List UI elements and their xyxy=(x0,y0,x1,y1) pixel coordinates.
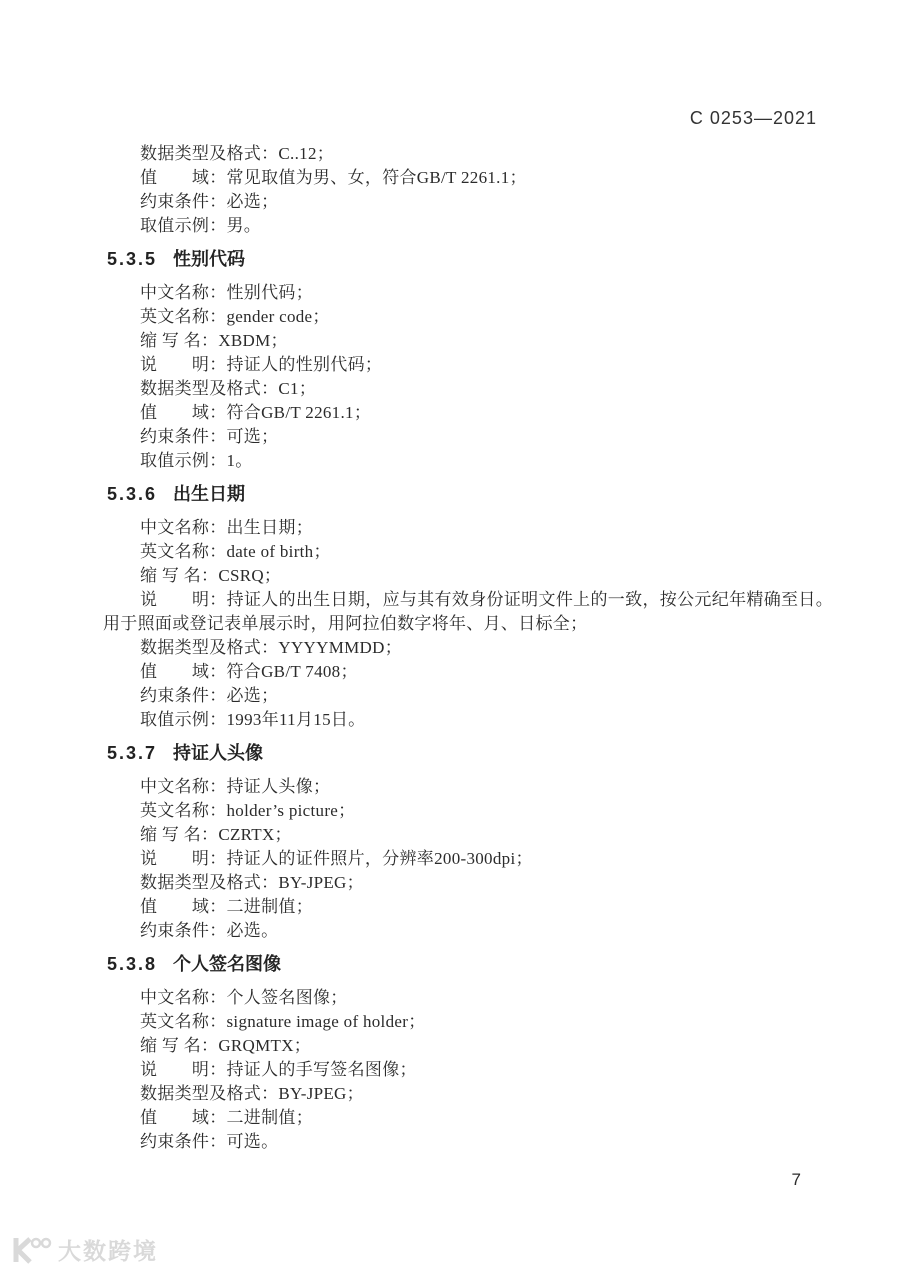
field-line: 英文名称：holder’s picture； xyxy=(140,799,833,823)
field-line: 值 域：二进制值； xyxy=(140,1106,833,1130)
field-line: 约束条件：必选； xyxy=(140,190,833,214)
field-line: 值 域：二进制值； xyxy=(140,895,833,919)
field-value: 常见取值为男、女，符合GB/T 2261.1； xyxy=(227,168,527,187)
field-value: 持证人头像； xyxy=(227,777,331,796)
standard-code-header: C 0253—2021 xyxy=(690,108,817,129)
field-value: 性别代码； xyxy=(227,283,314,302)
field-value: 持证人的证件照片，分辨率200-300dpi； xyxy=(227,849,533,868)
field-value: 必选。 xyxy=(227,921,279,940)
field-line: 中文名称：持证人头像； xyxy=(140,775,833,799)
field-line-wrapped: 说 明：持证人的出生日期，应与其有效身份证明文件上的一致，按公元纪年精确至日。用… xyxy=(103,588,833,636)
field-line: 英文名称：date of birth； xyxy=(140,540,833,564)
section-number: 5.3.8 xyxy=(107,954,157,974)
field-label: 约束条件： xyxy=(140,1132,227,1151)
field-label: 值 域： xyxy=(140,403,227,422)
section-number: 5.3.7 xyxy=(107,743,157,763)
field-label: 值 域： xyxy=(140,1108,227,1127)
field-line: 说 明：持证人的手写签名图像； xyxy=(140,1058,833,1082)
field-label: 约束条件： xyxy=(140,686,227,705)
field-value: 符合GB/T 2261.1； xyxy=(227,403,372,422)
document-content: 数据类型及格式：C..12； 值 域：常见取值为男、女，符合GB/T 2261.… xyxy=(0,142,900,1154)
field-line: 英文名称：signature image of holder； xyxy=(140,1010,833,1034)
field-label: 英文名称： xyxy=(140,307,227,326)
section-title: 持证人头像 xyxy=(173,743,263,763)
field-line: 中文名称：性别代码； xyxy=(140,281,833,305)
field-value: 1993年11月15日。 xyxy=(227,710,366,729)
field-value: 可选。 xyxy=(227,1132,279,1151)
field-label: 中文名称： xyxy=(140,283,227,302)
field-value: CSRQ； xyxy=(218,566,281,585)
field-value: 符合GB/T 7408； xyxy=(227,662,358,681)
brand-logo-icon xyxy=(10,1235,52,1265)
field-line: 缩 写 名：XBDM； xyxy=(140,329,833,353)
field-line: 取值示例：男。 xyxy=(140,214,833,238)
field-value: 1。 xyxy=(227,451,253,470)
field-label: 值 域： xyxy=(140,662,227,681)
field-label: 说 明： xyxy=(140,1060,227,1079)
field-value: YYYYMMDD； xyxy=(278,638,402,657)
field-label: 值 域： xyxy=(140,168,227,187)
field-value: date of birth； xyxy=(227,542,331,561)
field-value: GRQMTX； xyxy=(218,1036,311,1055)
field-value: 出生日期； xyxy=(227,518,314,537)
field-line: 数据类型及格式：C1； xyxy=(140,377,833,401)
field-label: 中文名称： xyxy=(140,777,227,796)
field-value: 个人签名图像； xyxy=(227,988,348,1007)
field-value: BY-JPEG； xyxy=(278,873,364,892)
watermark-brand-text: 大数跨境 xyxy=(58,1233,158,1266)
field-line: 数据类型及格式：BY-JPEG； xyxy=(140,871,833,895)
field-line: 缩 写 名：CZRTX； xyxy=(140,823,833,847)
field-line: 数据类型及格式：BY-JPEG； xyxy=(140,1082,833,1106)
section-heading: 5.3.7持证人头像 xyxy=(107,740,900,766)
field-value: gender code； xyxy=(227,307,330,326)
field-label: 取值示例： xyxy=(140,451,227,470)
field-line: 取值示例：1。 xyxy=(140,449,833,473)
field-value: XBDM； xyxy=(218,331,288,350)
field-label: 缩 写 名： xyxy=(140,825,218,844)
field-value: signature image of holder； xyxy=(227,1012,426,1031)
field-line: 值 域：常见取值为男、女，符合GB/T 2261.1； xyxy=(140,166,833,190)
field-label: 取值示例： xyxy=(140,710,227,729)
field-value: holder’s picture； xyxy=(227,801,356,820)
field-label: 说 明： xyxy=(140,590,227,609)
field-label: 值 域： xyxy=(140,897,227,916)
field-label: 数据类型及格式： xyxy=(140,144,278,163)
field-label: 说 明： xyxy=(140,849,227,868)
field-value: C..12； xyxy=(278,144,334,163)
field-label: 英文名称： xyxy=(140,801,227,820)
field-line: 中文名称：出生日期； xyxy=(140,516,833,540)
field-line: 约束条件：必选； xyxy=(140,684,833,708)
field-line: 缩 写 名：CSRQ； xyxy=(140,564,833,588)
document-page: C 0253—2021 数据类型及格式：C..12； 值 域：常见取值为男、女，… xyxy=(0,0,900,1273)
section-number: 5.3.5 xyxy=(107,249,157,269)
field-line: 值 域：符合GB/T 2261.1； xyxy=(140,401,833,425)
field-line: 说 明：持证人的证件照片，分辨率200-300dpi； xyxy=(140,847,833,871)
section-title: 性别代码 xyxy=(173,249,245,269)
field-line: 约束条件：可选。 xyxy=(140,1130,833,1154)
field-line: 英文名称：gender code； xyxy=(140,305,833,329)
field-value: 持证人的性别代码； xyxy=(227,355,383,374)
section-heading: 5.3.5性别代码 xyxy=(107,246,900,272)
field-value: 持证人的手写签名图像； xyxy=(227,1060,417,1079)
field-line: 约束条件：可选； xyxy=(140,425,833,449)
field-label: 说 明： xyxy=(140,355,227,374)
field-value: 可选； xyxy=(227,427,279,446)
field-value: 男。 xyxy=(227,216,262,235)
field-label: 英文名称： xyxy=(140,1012,227,1031)
field-label: 取值示例： xyxy=(140,216,227,235)
section-title: 个人签名图像 xyxy=(173,954,281,974)
field-value: C1； xyxy=(278,379,316,398)
field-line: 说 明：持证人的性别代码； xyxy=(140,353,833,377)
field-label: 约束条件： xyxy=(140,192,227,211)
field-value: 二进制值； xyxy=(227,897,314,916)
field-line: 缩 写 名：GRQMTX； xyxy=(140,1034,833,1058)
field-label: 约束条件： xyxy=(140,921,227,940)
field-label: 数据类型及格式： xyxy=(140,638,278,657)
field-label: 约束条件： xyxy=(140,427,227,446)
section-number: 5.3.6 xyxy=(107,484,157,504)
field-label: 中文名称： xyxy=(140,518,227,537)
field-label: 英文名称： xyxy=(140,542,227,561)
field-value: 必选； xyxy=(227,192,279,211)
field-line: 数据类型及格式：C..12； xyxy=(140,142,833,166)
field-line: 中文名称：个人签名图像； xyxy=(140,986,833,1010)
field-label: 缩 写 名： xyxy=(140,331,218,350)
field-label: 数据类型及格式： xyxy=(140,379,278,398)
field-value: 必选； xyxy=(227,686,279,705)
field-line: 值 域：符合GB/T 7408； xyxy=(140,660,833,684)
field-value: CZRTX； xyxy=(218,825,292,844)
field-line: 数据类型及格式：YYYYMMDD； xyxy=(140,636,833,660)
field-label: 缩 写 名： xyxy=(140,566,218,585)
section-heading: 5.3.8个人签名图像 xyxy=(107,951,900,977)
section-heading: 5.3.6出生日期 xyxy=(107,481,900,507)
watermark: 大数跨境 xyxy=(10,1233,158,1266)
field-line: 取值示例：1993年11月15日。 xyxy=(140,708,833,732)
field-label: 数据类型及格式： xyxy=(140,873,278,892)
field-label: 中文名称： xyxy=(140,988,227,1007)
field-label: 缩 写 名： xyxy=(140,1036,218,1055)
field-value: BY-JPEG； xyxy=(278,1084,364,1103)
field-label: 数据类型及格式： xyxy=(140,1084,278,1103)
section-title: 出生日期 xyxy=(173,484,245,504)
field-value: 二进制值； xyxy=(227,1108,314,1127)
page-number: 7 xyxy=(792,1170,801,1190)
field-line: 约束条件：必选。 xyxy=(140,919,833,943)
